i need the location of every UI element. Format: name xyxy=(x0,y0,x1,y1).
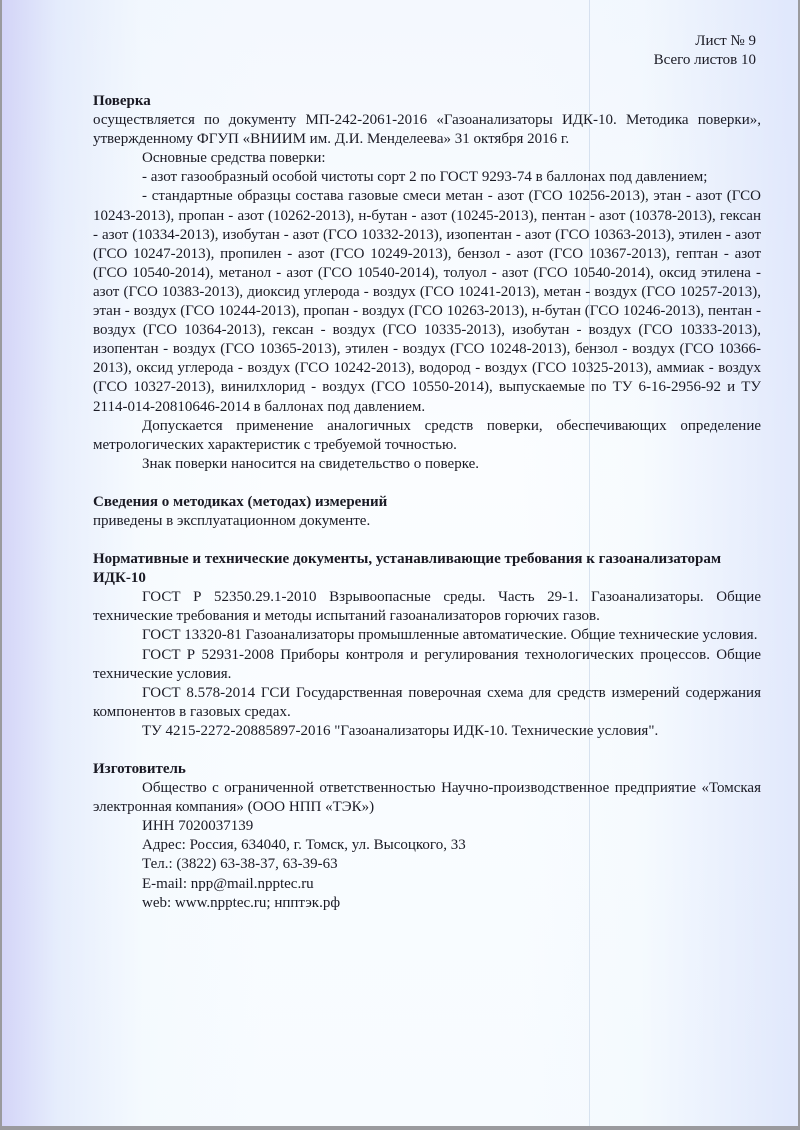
total-sheets: Всего листов 10 xyxy=(654,51,756,70)
manufacturer-address: Адрес: Россия, 634040, г. Томск, ул. Выс… xyxy=(93,836,761,855)
normative-document: ГОСТ 8.578-2014 ГСИ Государственная пове… xyxy=(93,684,761,722)
normative-document: ГОСТ 13320-81 Газоанализаторы промышленн… xyxy=(93,626,761,645)
verification-means-label: Основные средства поверки: xyxy=(93,149,761,168)
normative-document: ТУ 4215-2272-20885897-2016 "Газоанализат… xyxy=(93,722,761,741)
section-title-normative: Нормативные и технические документы, уст… xyxy=(93,550,761,588)
manufacturer-name: Общество с ограниченной ответственностью… xyxy=(93,779,761,817)
manufacturer-email: E-mail: npp@mail.npptec.ru xyxy=(93,875,761,894)
section-title-methods: Сведения о методиках (методах) измерений xyxy=(93,493,761,512)
verification-intro: осуществляется по документу МП-242-2061-… xyxy=(93,111,761,149)
verification-section: Поверка осуществляется по документу МП-2… xyxy=(93,92,761,474)
normative-document: ГОСТ Р 52931-2008 Приборы контроля и рег… xyxy=(93,646,761,684)
verification-mark: Знак поверки наносится на свидетельство … xyxy=(93,455,761,474)
manufacturer-phone: Тел.: (3822) 63-38-37, 63-39-63 xyxy=(93,855,761,874)
verification-analogs: Допускается применение аналогичных средс… xyxy=(93,417,761,455)
sheet-number-block: Лист № 9 Всего листов 10 xyxy=(654,32,756,70)
section-title-verification: Поверка xyxy=(93,92,761,111)
section-title-manufacturer: Изготовитель xyxy=(93,760,761,779)
manufacturer-web: web: www.npptec.ru; нпптэк.рф xyxy=(93,894,761,913)
normative-document: ГОСТ Р 52350.29.1-2010 Взрывоопасные сре… xyxy=(93,588,761,626)
verification-means-item: - азот газообразный особой чистоты сорт … xyxy=(93,168,761,187)
manufacturer-inn: ИНН 7020037139 xyxy=(93,817,761,836)
scanned-page: Лист № 9 Всего листов 10 Поверка осущест… xyxy=(2,0,798,1126)
methods-section: Сведения о методиках (методах) измерений… xyxy=(93,493,761,531)
manufacturer-section: Изготовитель Общество с ограниченной отв… xyxy=(93,760,761,913)
verification-means-item: - стандартные образцы состава газовые см… xyxy=(93,187,761,416)
normative-section: Нормативные и технические документы, уст… xyxy=(93,550,761,741)
document-body: Поверка осуществляется по документу МП-2… xyxy=(93,92,761,913)
sheet-number: Лист № 9 xyxy=(654,32,756,51)
methods-text: приведены в эксплуатационном документе. xyxy=(93,512,761,531)
